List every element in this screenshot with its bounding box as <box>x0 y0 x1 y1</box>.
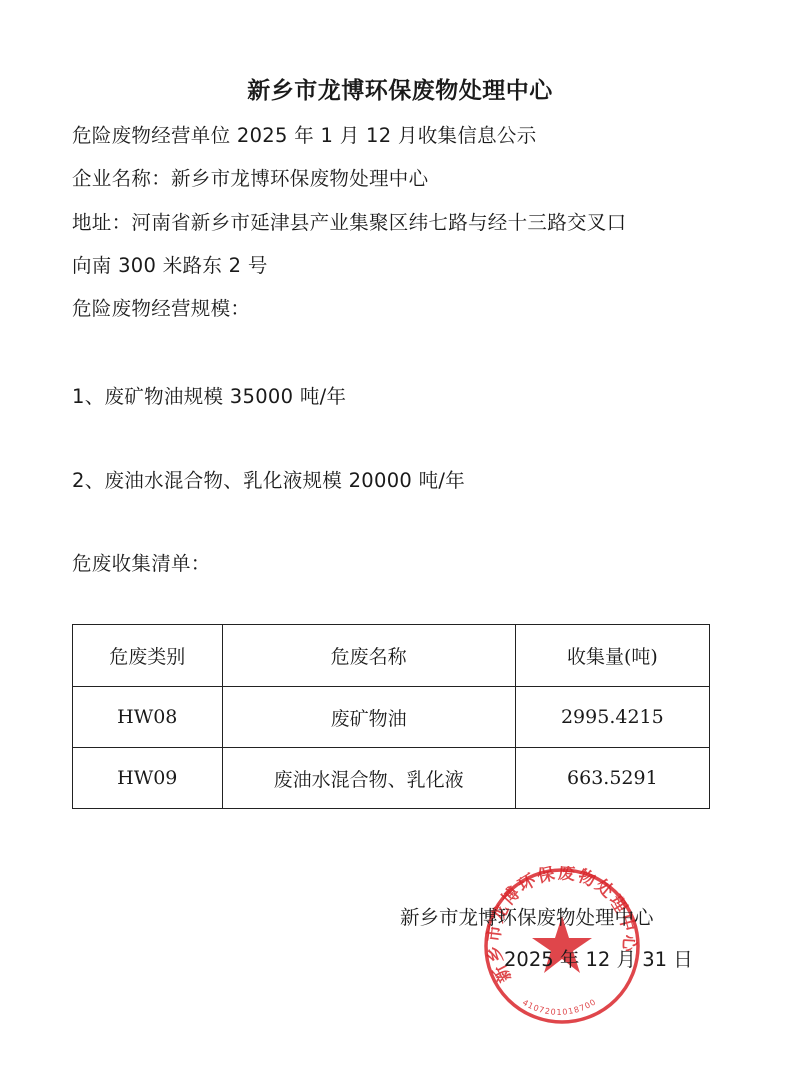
header-quantity: 收集量(吨) <box>515 625 709 687</box>
header-category: 危废类别 <box>73 625 223 687</box>
cell-quantity: 663.5291 <box>515 748 709 809</box>
table-header-row: 危废类别 危废名称 收集量(吨) <box>73 625 710 687</box>
table-row: HW08 废矿物油 2995.4215 <box>73 687 710 748</box>
waste-collection-table: 危废类别 危废名称 收集量(吨) HW08 废矿物油 2995.4215 HW0… <box>72 624 710 809</box>
scale-heading: 危险废物经营规模： <box>72 293 250 321</box>
cell-category: HW09 <box>73 748 223 809</box>
cell-category: HW08 <box>73 687 223 748</box>
signature-org: 新乡市龙博环保废物处理中心 <box>400 902 654 930</box>
cell-name: 废油水混合物、乳化液 <box>222 748 515 809</box>
scale-item: 2、废油水混合物、乳化液规模 20000 吨/年 <box>72 465 465 493</box>
collection-list-heading: 危废收集清单： <box>72 548 211 576</box>
svg-text:4107201018700: 4107201018700 <box>521 997 598 1017</box>
document-title: 新乡市龙博环保废物处理中心 <box>0 72 800 105</box>
cell-name: 废矿物油 <box>222 687 515 748</box>
signature-date: 2025 年 12 月 31 日 <box>504 944 693 972</box>
address-line-2: 向南 300 米路东 2 号 <box>72 250 268 278</box>
document-page: 新乡市龙博环保废物处理中心 危险废物经营单位 2025 年 1 月 12 月收集… <box>0 0 800 1067</box>
scale-item: 1、废矿物油规模 35000 吨/年 <box>72 381 346 409</box>
table-row: HW09 废油水混合物、乳化液 663.5291 <box>73 748 710 809</box>
header-name: 危废名称 <box>222 625 515 687</box>
company-name-line: 企业名称：新乡市龙博环保废物处理中心 <box>72 163 428 191</box>
cell-quantity: 2995.4215 <box>515 687 709 748</box>
document-subtitle: 危险废物经营单位 2025 年 1 月 12 月收集信息公示 <box>72 120 537 148</box>
address-line-1: 地址：河南省新乡市延津县产业集聚区纬七路与经十三路交叉口 <box>72 207 626 235</box>
